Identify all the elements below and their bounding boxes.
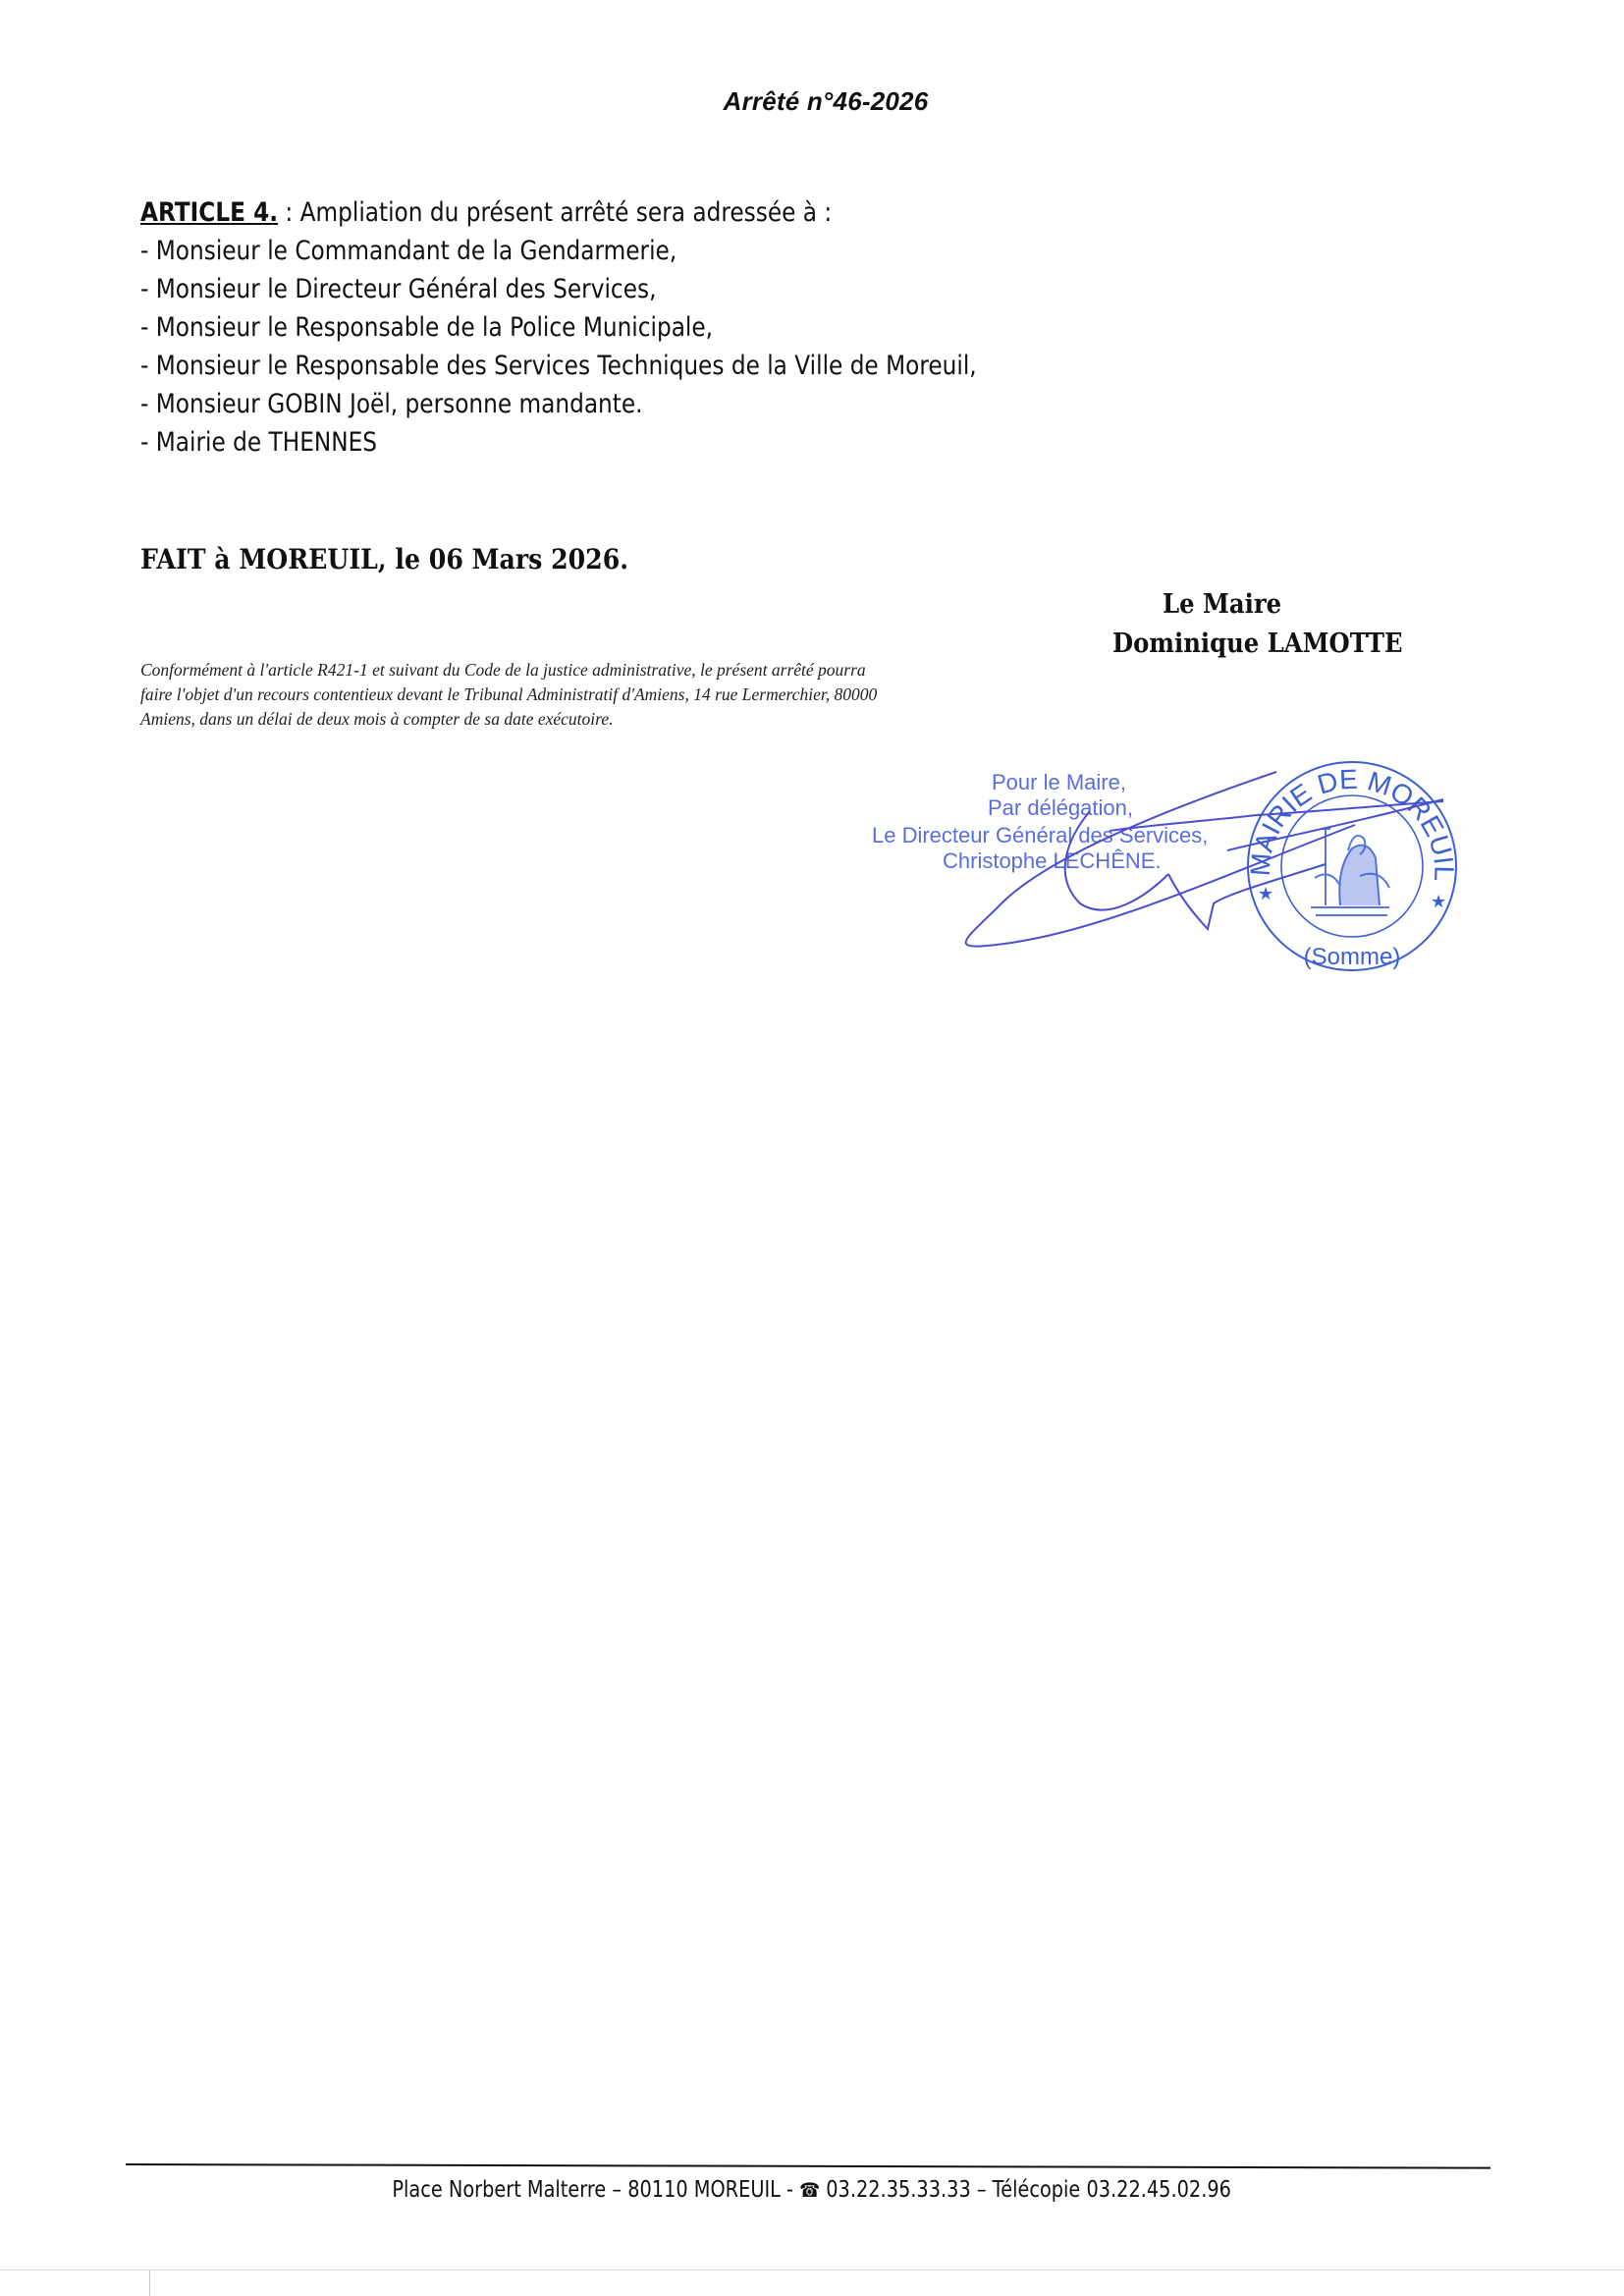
recipient-item: - Mairie de THENNES <box>140 423 1238 462</box>
recipient-item: - Monsieur le Responsable des Services T… <box>140 347 1238 385</box>
legal-notice: Conformément à l'article R421-1 et suiva… <box>140 658 887 732</box>
signatory-role: Le Maire <box>1163 585 1281 625</box>
recipient-item: - Monsieur le Directeur Général des Serv… <box>140 270 1238 308</box>
article-title: ARTICLE 4. <box>140 197 278 228</box>
handwritten-signature-icon <box>854 756 1483 982</box>
signatory-name: Dominique LAMOTTE <box>1112 625 1403 664</box>
scan-edge-line <box>0 2269 1624 2270</box>
article-heading: ARTICLE 4. : Ampliation du présent arrêt… <box>140 193 1238 232</box>
footer-address: Place Norbert Malterre – 80110 MOREUIL - <box>393 2177 800 2203</box>
scan-edge-tick <box>149 2270 150 2296</box>
place-and-date: FAIT à MOREUIL, le 06 Mars 2026. <box>140 543 628 575</box>
recipient-item: - Monsieur GOBIN Joël, personne mandante… <box>140 385 1238 423</box>
article-intro: : Ampliation du présent arrêté sera adre… <box>278 197 832 228</box>
recipient-item: - Monsieur le Commandant de la Gendarmer… <box>140 232 1238 270</box>
footer-contact: Place Norbert Malterre – 80110 MOREUIL -… <box>0 2177 1624 2203</box>
footer-divider <box>126 2163 1490 2169</box>
signature-stamp-area: Pour le Maire, Par délégation, Le Direct… <box>854 756 1483 982</box>
footer-phone-fax: 03.22.35.33.33 – Télécopie 03.22.45.02.9… <box>820 2177 1231 2203</box>
phone-icon: ☎ <box>800 2178 821 2202</box>
decree-reference: Arrêté n°46-2026 <box>0 86 1624 117</box>
recipient-item: - Monsieur le Responsable de la Police M… <box>140 308 1238 347</box>
article-4: ARTICLE 4. : Ampliation du présent arrêt… <box>140 193 1417 462</box>
decree-reference-text: Arrêté n°46-2026 <box>724 86 929 117</box>
document-page: Arrêté n°46-2026 ARTICLE 4. : Ampliation… <box>0 0 1624 2296</box>
